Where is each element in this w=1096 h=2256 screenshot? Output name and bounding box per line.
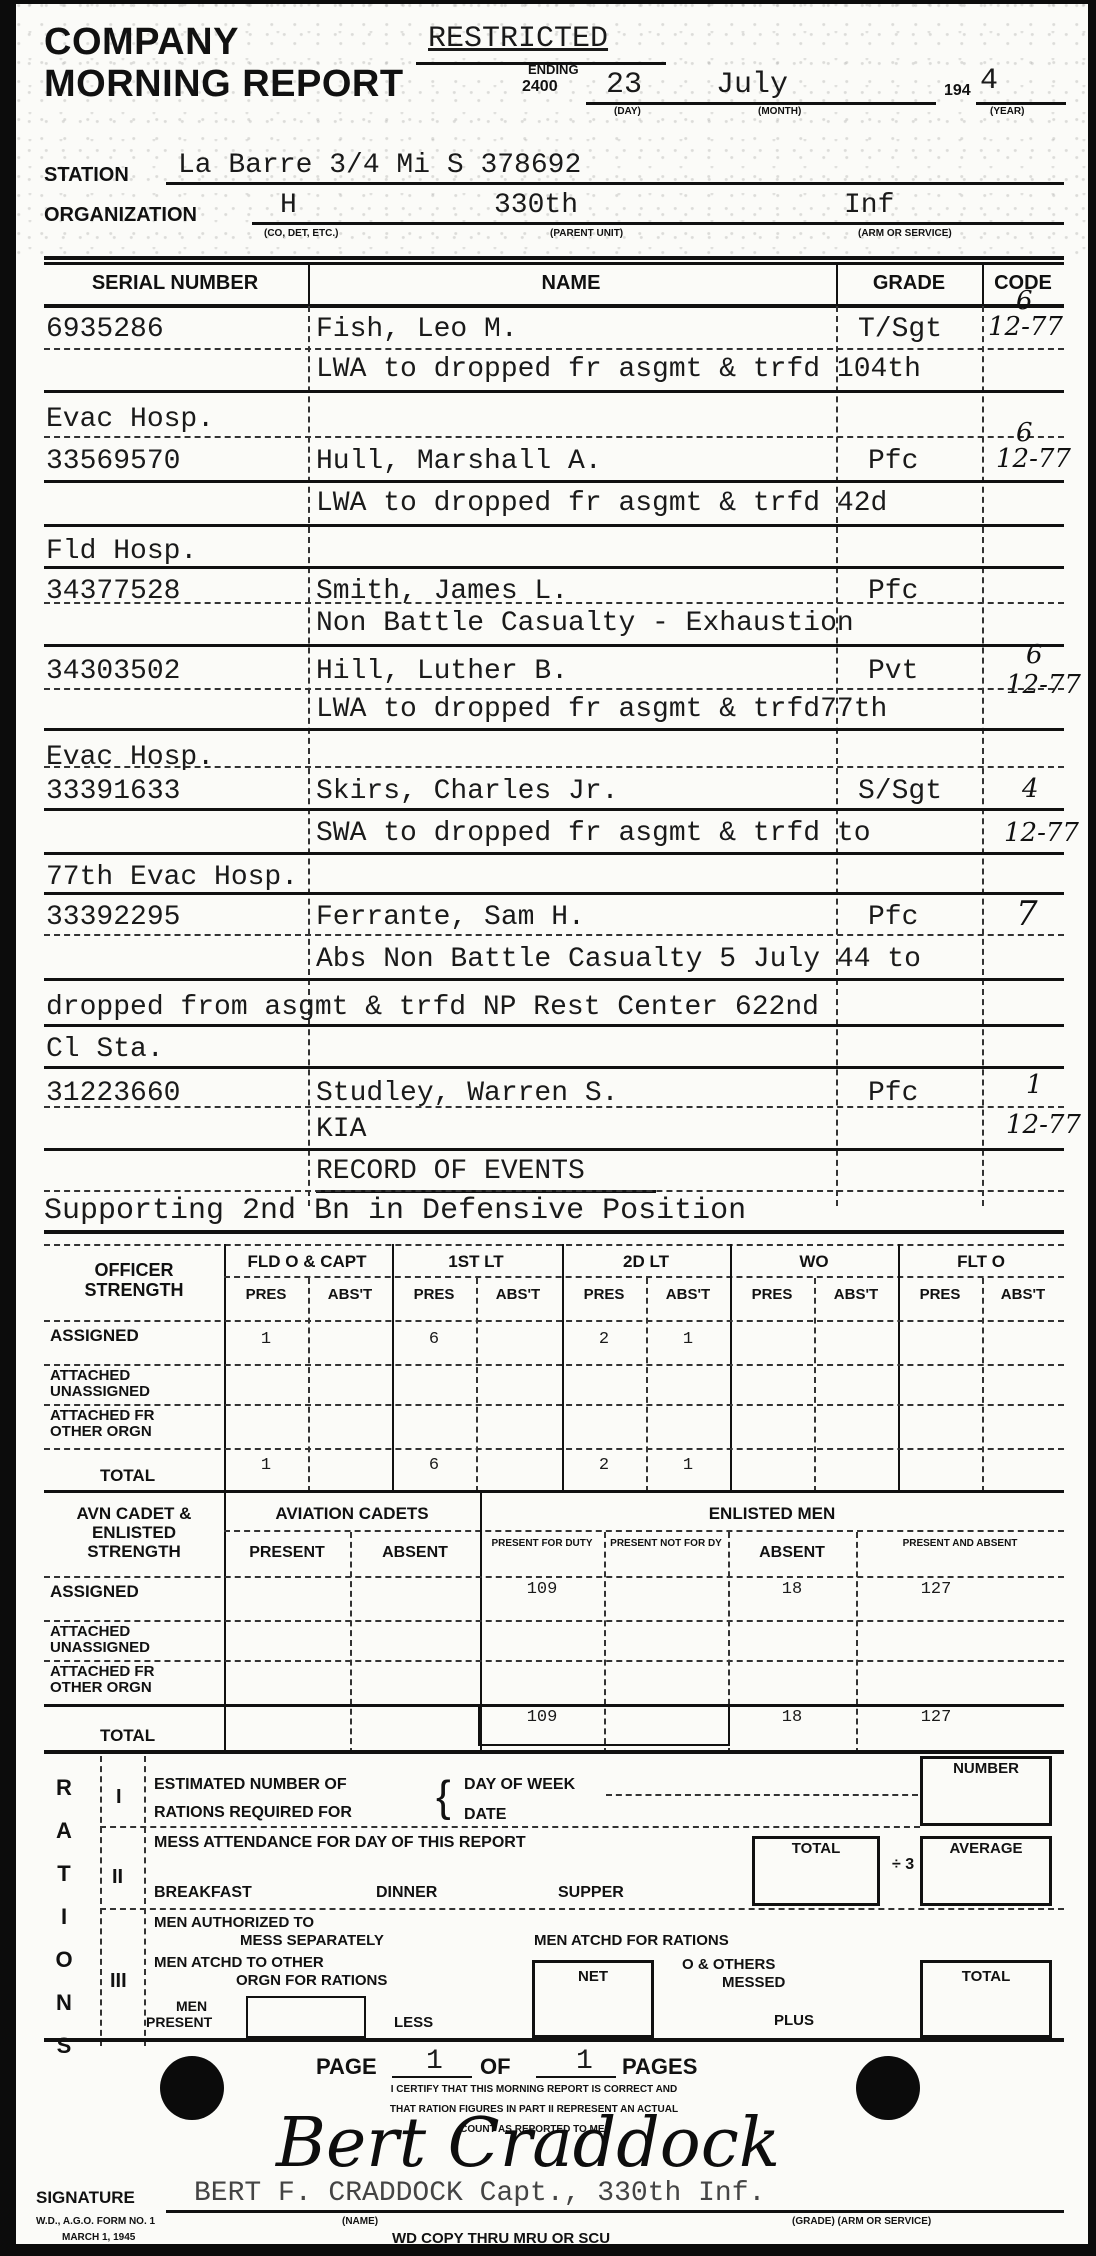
ending-label: ENDING [528, 62, 579, 77]
row-label-assigned: ASSIGNED [50, 1582, 139, 1602]
col-enlisted-absent: ABSENT [728, 1544, 856, 1562]
form-id: W.D., A.G.O. FORM NO. 1 [36, 2216, 155, 2227]
col-divider [836, 262, 838, 304]
month-caption: (MONTH) [758, 106, 801, 117]
row-rule [44, 566, 1064, 569]
total-present-for-duty: 109 [480, 1708, 604, 1727]
rations-letter: I [52, 1895, 76, 1938]
col-divider [224, 1244, 226, 1492]
roster-top-rule-2 [44, 262, 1064, 265]
col-divider [350, 1532, 352, 1754]
code-handwritten: 12-77 [1006, 670, 1081, 700]
punch-hole [160, 2056, 224, 2120]
parent-caption: (PARENT UNIT) [550, 228, 623, 239]
remark-continued: 77th Evac Hosp. [46, 862, 298, 893]
table-rule [44, 1750, 1064, 1754]
rations-letter: S [52, 2024, 76, 2067]
organization-label: ORGANIZATION [44, 204, 197, 227]
organization-company: H [280, 190, 297, 221]
assigned-absent: 18 [728, 1580, 856, 1599]
mess-attendance-label: MESS ATTENDANCE FOR DAY OF THIS REPORT [154, 1834, 526, 1852]
report-year: 4 [980, 64, 998, 98]
serial-number: 33391633 [46, 776, 180, 807]
table-rule [44, 1244, 1064, 1246]
row-rule [44, 436, 1064, 438]
soldier-name: Ferrante, Sam H. [316, 902, 585, 933]
handwritten-signature: Bert Craddock [276, 2104, 780, 2183]
row-rule [44, 1148, 1064, 1151]
row-label-attached-unassigned: ATTACHED UNASSIGNED [50, 1368, 210, 1400]
table-rule [100, 1826, 920, 1828]
col-divider-dashed [982, 306, 984, 1206]
remark: LWA to dropped fr asgmt & trfd77th [316, 694, 887, 725]
row-rule [44, 644, 1064, 647]
code-handwritten: 6 [1026, 640, 1043, 670]
subcol-pres: PRES [392, 1286, 476, 1303]
company-caption: (CO, DET, ETC.) [264, 228, 338, 239]
rations-letter: R [52, 1766, 76, 1809]
classification-stamp: RESTRICTED [428, 22, 608, 56]
page-number: 1 [426, 2046, 443, 2077]
col-grade: GRADE [836, 272, 982, 295]
men-atchd-other-label: MEN ATCHD TO OTHER [154, 1954, 324, 1971]
group-wo: WO [730, 1252, 898, 1272]
supper-label: SUPPER [558, 1884, 624, 1902]
col-divider [814, 1278, 816, 1492]
row-label-attached-fr-other-orgn: ATTACHED FR OTHER ORGN [50, 1408, 210, 1440]
officer-strength-title: OFFICER STRENGTH [44, 1260, 224, 1300]
form-title-morning-report: MORNING REPORT [44, 64, 404, 104]
brace-icon: { [436, 1772, 451, 1822]
remark-continued: dropped from asgmt & trfd NP Rest Center… [46, 992, 819, 1023]
rations-required-label: RATIONS REQUIRED FOR [154, 1804, 352, 1822]
station-value: La Barre 3/4 Mi S 378692 [178, 150, 581, 181]
remark: Abs Non Battle Casualty 5 July 44 to [316, 944, 921, 975]
page-underline [392, 2076, 472, 2078]
group-enlisted-men: ENLISTED MEN [480, 1504, 1064, 1524]
men-present-label-1: MEN [176, 1998, 207, 2014]
of-label: OF [480, 2054, 511, 2080]
assigned-1st-lt-pres: 6 [392, 1330, 476, 1349]
divide-by-three: ÷ 3 [892, 1856, 914, 1874]
wd-copy-instruction: WD COPY THRU MRU OR SCU [392, 2230, 610, 2247]
row-rule [44, 1066, 1064, 1069]
total-absent: 18 [728, 1708, 856, 1727]
row-rule [44, 934, 1064, 936]
remark: KIA [316, 1114, 366, 1145]
day-of-week-line[interactable] [606, 1794, 918, 1796]
rations-letter: O [52, 1938, 76, 1981]
roster-top-rule [44, 256, 1064, 260]
row-rule [44, 978, 1064, 981]
estimated-number-label: ESTIMATED NUMBER OF [154, 1776, 347, 1794]
assigned-fld-o-pres: 1 [224, 1330, 308, 1349]
table-rule [44, 1490, 1064, 1493]
table-rule [224, 1276, 1064, 1278]
row-rule [44, 1190, 1064, 1192]
row-label-attached-unassigned: ATTACHED UNASSIGNED [50, 1624, 210, 1656]
year-caption: (YEAR) [990, 106, 1024, 117]
rations-letter: A [52, 1809, 76, 1852]
men-atchd-rations-label: MEN ATCHD FOR RATIONS [534, 1932, 729, 1949]
total-2d-lt-pres: 2 [562, 1456, 646, 1475]
average-label: AVERAGE [920, 1840, 1052, 1857]
table-rule [44, 1620, 1064, 1622]
year-prefix: 194 [944, 82, 971, 100]
row-rule [44, 766, 1064, 768]
total-2d-lt-abst: 1 [646, 1456, 730, 1475]
day-of-week-label: DAY OF WEEK [464, 1776, 575, 1794]
row-rule [44, 808, 1064, 811]
soldier-grade: T/Sgt [858, 314, 942, 345]
row-rule [44, 1106, 1064, 1108]
messed-label: MESSED [722, 1974, 785, 1991]
subcol-pres: PRES [562, 1286, 646, 1303]
arm-caption: (ARM OR SERVICE) [858, 228, 952, 239]
col-divider [308, 262, 310, 304]
men-present-box[interactable] [246, 1996, 366, 2038]
row-rule [44, 852, 1064, 855]
remark: SWA to dropped fr asgmt & trfd to [316, 818, 871, 849]
col-divider [982, 1278, 984, 1492]
date-underline [586, 102, 936, 105]
remark-continued: Evac Hosp. [46, 404, 214, 435]
rations-letter: N [52, 1981, 76, 2024]
code-handwritten: 12-77 [988, 312, 1063, 342]
row-rule [44, 688, 1064, 690]
code-handwritten: 4 [1022, 774, 1039, 804]
group-aviation-cadets: AVIATION CADETS [224, 1504, 480, 1524]
rations-side-label: R A T I O N S [52, 1766, 76, 2067]
col-cadets-absent: ABSENT [350, 1544, 480, 1562]
roster-header-rule [44, 304, 1064, 308]
col-divider [562, 1244, 564, 1492]
col-divider [144, 1756, 146, 2046]
group-fld-o-capt: FLD O & CAPT [224, 1252, 390, 1272]
rations-total-label: TOTAL [920, 1968, 1052, 1985]
breakfast-label: BREAKFAST [154, 1884, 252, 1902]
row-label-attached-fr-other-orgn: ATTACHED FR OTHER ORGN [50, 1664, 210, 1696]
row-rule [44, 524, 1064, 527]
subcol-abst: ABS'T [982, 1286, 1064, 1303]
record-of-events: Supporting 2nd Bn in Defensive Position [44, 1194, 746, 1228]
organization-parent-unit: 330th [494, 190, 578, 221]
table-rule [44, 1364, 1064, 1366]
rations-letter: T [52, 1852, 76, 1895]
assigned-present-and-absent: 127 [856, 1580, 1016, 1599]
col-divider [898, 1244, 900, 1492]
number-label: NUMBER [920, 1760, 1052, 1777]
row-rule [44, 728, 1064, 731]
station-underline [166, 182, 1064, 185]
table-rule [44, 1404, 1064, 1406]
total-fld-o-pres: 1 [224, 1456, 308, 1475]
soldier-name: Fish, Leo M. [316, 314, 518, 345]
col-divider-dashed [836, 306, 838, 1206]
soldier-grade: Pfc [868, 1078, 918, 1109]
section-i-number: I [116, 1786, 122, 1809]
rations-bottom-rule [44, 2038, 1064, 2042]
date-label: DATE [464, 1806, 506, 1824]
year-underline [976, 102, 1066, 105]
row-label-assigned: ASSIGNED [50, 1326, 139, 1346]
row-rule [44, 602, 1064, 604]
morning-report-page: COMPANY MORNING REPORT RESTRICTED ENDING… [16, 4, 1088, 2244]
col-present-for-duty: PRESENT FOR DUTY [480, 1534, 604, 1554]
col-divider [476, 1278, 478, 1492]
serial-number: 6935286 [46, 314, 164, 345]
col-divider [982, 262, 984, 304]
soldier-grade: Pvt [868, 656, 918, 687]
assigned-2d-lt-pres: 2 [562, 1330, 646, 1349]
table-rule [44, 1576, 1064, 1578]
subcol-pres: PRES [224, 1286, 308, 1303]
code-handwritten: 12-77 [1006, 1110, 1081, 1140]
serial-number: 33392295 [46, 902, 180, 933]
total-1st-lt-pres: 6 [392, 1456, 476, 1475]
table-rule [44, 1660, 1064, 1662]
table-rule [100, 1908, 1064, 1910]
remark: LWA to dropped fr asgmt & trfd 42d [316, 488, 887, 519]
plus-label: PLUS [774, 2012, 814, 2029]
certify-line-1: I CERTIFY THAT THIS MORNING REPORT IS CO… [294, 2084, 774, 2095]
subcol-abst: ABS'T [646, 1286, 730, 1303]
soldier-name: Skirs, Charles Jr. [316, 776, 618, 807]
soldier-name: Studley, Warren S. [316, 1078, 618, 1109]
row-label-total: TOTAL [100, 1726, 155, 1746]
soldier-name: Hill, Luther B. [316, 656, 568, 687]
col-divider [308, 1278, 310, 1492]
group-1st-lt: 1ST LT [392, 1252, 560, 1272]
col-divider [100, 1756, 102, 2046]
day-caption: (DAY) [614, 106, 641, 117]
net-label: NET [532, 1968, 654, 1985]
less-label: LESS [394, 2014, 433, 2031]
subcol-pres: PRES [898, 1286, 982, 1303]
serial-number: 33569570 [46, 446, 180, 477]
men-present-label-2: PRESENT [146, 2014, 212, 2030]
o-others-label: O & OTHERS [682, 1956, 775, 1973]
page-label: PAGE [316, 2054, 377, 2080]
code-handwritten: 12-77 [1004, 818, 1079, 848]
remark-continued: Cl Sta. [46, 1034, 164, 1065]
orgn-for-rations-label: ORGN FOR RATIONS [236, 1972, 387, 1989]
section-ii-number: II [112, 1866, 123, 1889]
total-pages: 1 [576, 2046, 593, 2077]
group-2d-lt: 2D LT [562, 1252, 730, 1272]
col-serial-number: SERIAL NUMBER [44, 272, 306, 295]
station-label: STATION [44, 164, 129, 187]
subcol-abst: ABS'T [476, 1286, 560, 1303]
row-rule [44, 390, 1064, 393]
soldier-grade: Pfc [868, 446, 918, 477]
row-rule [44, 1024, 1064, 1027]
subcol-pres: PRES [730, 1286, 814, 1303]
punch-hole [856, 2056, 920, 2120]
row-rule [44, 348, 1064, 350]
report-day: 23 [606, 68, 642, 102]
remark: Non Battle Casualty - Exhaustion [316, 608, 854, 639]
record-rule [44, 1230, 1064, 1234]
signature-typed-name: BERT F. CRADDOCK Capt., 330th Inf. [194, 2178, 765, 2209]
organization-underline [252, 222, 1064, 225]
signature-line[interactable] [166, 2210, 1064, 2213]
remark-continued: Fld Hosp. [46, 536, 197, 567]
serial-number: 34303502 [46, 656, 180, 687]
name-caption: (NAME) [342, 2216, 378, 2227]
row-label-total: TOTAL [100, 1466, 155, 1486]
code-handwritten: 1 [1026, 1070, 1043, 1100]
col-divider-dashed [308, 306, 310, 1206]
soldier-name: Hull, Marshall A. [316, 446, 602, 477]
record-of-events-heading: RECORD OF EVENTS [316, 1156, 585, 1187]
col-present-and-absent: PRESENT AND ABSENT [856, 1534, 1064, 1554]
remark: LWA to dropped fr asgmt & trfd 104th [316, 354, 921, 385]
col-divider [730, 1244, 732, 1492]
table-rule [44, 1320, 1064, 1322]
soldier-grade: Pfc [868, 902, 918, 933]
total-present-and-absent: 127 [856, 1708, 1016, 1727]
assigned-2d-lt-abst: 1 [646, 1330, 730, 1349]
row-rule [44, 892, 1064, 895]
subcol-abst: ABS'T [814, 1286, 898, 1303]
grade-arm-caption: (GRADE) (ARM OR SERVICE) [792, 2216, 931, 2227]
mess-separately-label: MESS SEPARATELY [240, 1932, 384, 1949]
form-date: MARCH 1, 1945 [62, 2232, 135, 2243]
subcol-abst: ABS'T [308, 1286, 392, 1303]
code-handwritten: 7 [1016, 894, 1038, 934]
group-flt-o: FLT O [898, 1252, 1064, 1272]
pages-underline [536, 2076, 616, 2078]
col-divider [392, 1244, 394, 1492]
men-authorized-label: MEN AUTHORIZED TO [154, 1914, 314, 1931]
col-name: NAME [306, 272, 836, 295]
code-handwritten: 12-77 [996, 444, 1071, 474]
remark-continued: Evac Hosp. [46, 742, 214, 773]
report-month: July [716, 68, 788, 102]
soldier-grade: S/Sgt [858, 776, 942, 807]
form-title-company: COMPANY [44, 22, 239, 62]
table-rule [44, 1448, 1064, 1450]
section-iii-number: III [110, 1970, 127, 1993]
enlisted-strength-title: AVN CADET & ENLISTED STRENGTH [44, 1504, 224, 1561]
mess-total-label: TOTAL [752, 1840, 880, 1857]
organization-arm: Inf [844, 190, 894, 221]
pages-label: PAGES [622, 2054, 697, 2080]
assigned-present-for-duty: 109 [480, 1580, 604, 1599]
col-cadets-present: PRESENT [224, 1544, 350, 1562]
dinner-label: DINNER [376, 1884, 437, 1902]
time-label: 2400 [522, 78, 558, 96]
serial-number: 31223660 [46, 1078, 180, 1109]
col-present-not-for-duty: PRESENT NOT FOR DY [604, 1534, 728, 1554]
row-rule [44, 480, 1064, 483]
signature-label: SIGNATURE [36, 2188, 135, 2208]
